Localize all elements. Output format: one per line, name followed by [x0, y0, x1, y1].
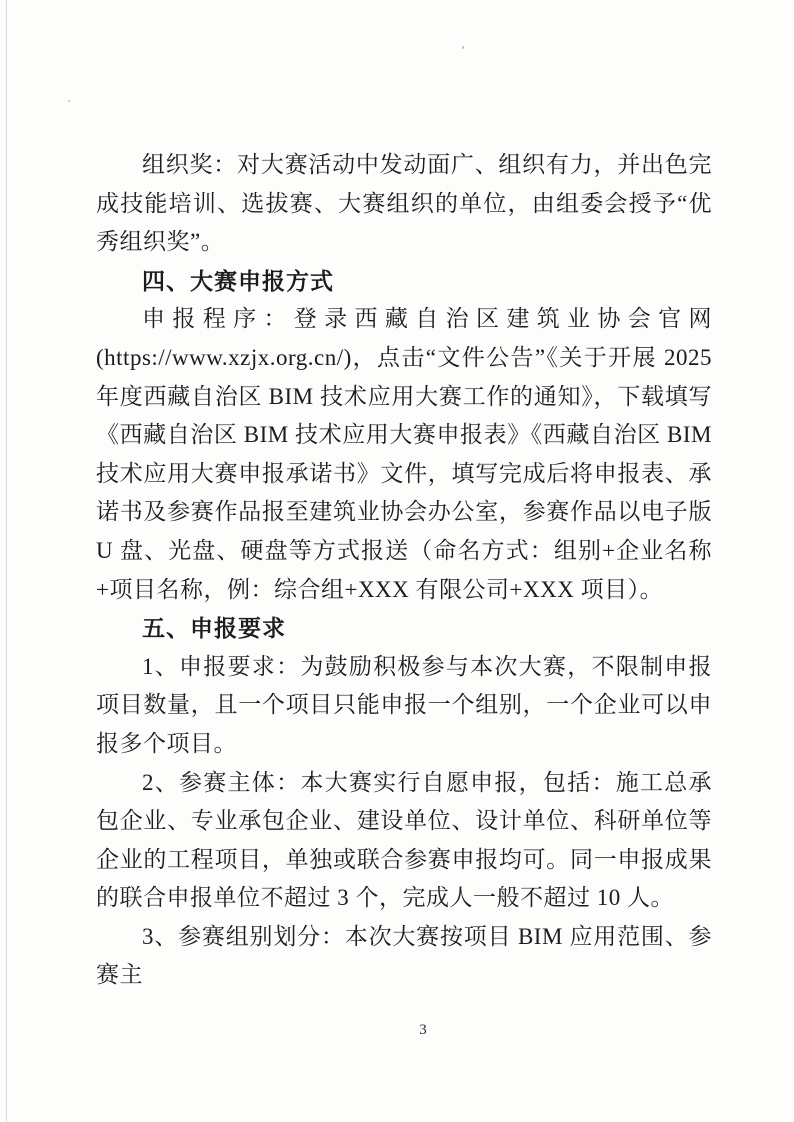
document-page: 组织奖：对大赛活动中发动面广、组织有力，并出色完成技能培训、选拔赛、大赛组织的单…: [0, 0, 794, 1122]
document-body: 组织奖：对大赛活动中发动面广、组织有力，并出色完成技能培训、选拔赛、大赛组织的单…: [96, 146, 712, 995]
paragraph-organization-award: 组织奖：对大赛活动中发动面广、组织有力，并出色完成技能培训、选拔赛、大赛组织的单…: [96, 146, 712, 262]
section-heading-application-method: 四、大赛申报方式: [96, 262, 712, 301]
scan-speck: [68, 100, 70, 102]
scan-speck: [462, 46, 464, 49]
scan-edge-line: [6, 0, 7, 1122]
section-heading-application-requirements: 五、申报要求: [96, 609, 712, 648]
paragraph-application-procedure: 申报程序：登录西藏自治区建筑业协会官网(https://www.xzjx.org…: [96, 300, 712, 609]
paragraph-requirement-1: 1、申报要求：为鼓励积极参与本次大赛，不限制申报项目数量，且一个项目只能申报一个…: [96, 648, 712, 764]
paragraph-requirement-3: 3、参赛组别划分：本次大赛按项目 BIM 应用范围、参赛主: [96, 918, 712, 995]
page-number: 3: [0, 1022, 794, 1039]
paragraph-requirement-2: 2、参赛主体：本大赛实行自愿申报，包括：施工总承包企业、专业承包企业、建设单位、…: [96, 764, 712, 918]
